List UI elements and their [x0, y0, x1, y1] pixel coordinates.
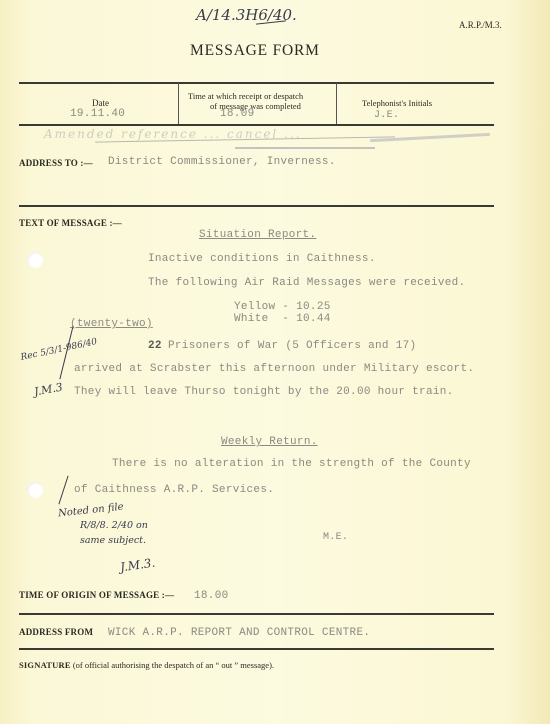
signature-label: SIGNATURE [19, 660, 71, 670]
rule-address-to [19, 205, 494, 207]
rule-top-table [19, 82, 494, 84]
pow-number: 22 [148, 340, 162, 352]
form-code: A.R.P./M.3. [459, 20, 502, 30]
pow-line-1: Prisoners of War (5 Officers and 17) [168, 340, 416, 352]
date-label: Date [92, 98, 109, 108]
table-divider-1 [178, 83, 179, 124]
text-of-message-label: TEXT OF MESSAGE :— [19, 218, 122, 228]
punch-hole-bottom [27, 482, 43, 498]
weekly-line-1: There is no alteration in the strength o… [112, 458, 471, 470]
message-line-2: The following Air Raid Messages were rec… [148, 277, 465, 289]
time-of-origin-value: 18.00 [194, 590, 229, 602]
signature-row: SIGNATURE (of official authorising the d… [19, 660, 274, 670]
message-heading-weekly: Weekly Return. [221, 436, 318, 448]
weekly-line-2: of Caithness A.R.P. Services. [74, 484, 274, 496]
time-completed-value: 18.09 [220, 108, 255, 120]
address-from-value: WICK A.R.P. REPORT AND CONTROL CENTRE. [108, 627, 370, 639]
signature-note: (of official authorising the despatch of… [73, 660, 274, 670]
strike-through-2 [235, 147, 375, 149]
message-initials: M.E. [323, 532, 348, 543]
rule-bottom-table [19, 124, 494, 126]
alert-yellow: Yellow - 10.25 [234, 301, 331, 313]
margin-correction: (twenty-two) [70, 318, 153, 330]
form-title: MESSAGE FORM [190, 42, 320, 60]
alert-white: White - 10.44 [234, 313, 331, 325]
address-to-label: ADDRESS TO :— [19, 158, 93, 168]
message-heading-situation: Situation Report. [199, 229, 316, 241]
time-of-origin-label: TIME OF ORIGIN OF MESSAGE :— [19, 590, 174, 600]
punch-hole-top [27, 252, 43, 268]
table-divider-2 [336, 83, 337, 124]
rule-time-of-origin [19, 613, 494, 615]
pow-line-3: They will leave Thurso tonight by the 20… [74, 386, 454, 398]
address-from-label: ADDRESS FROM [19, 627, 93, 637]
pow-line-2: arrived at Scrabster this afternoon unde… [74, 363, 474, 375]
telephonist-value: J.E. [374, 110, 399, 121]
noted-line-3: same subject. [80, 535, 146, 546]
message-line-1: Inactive conditions in Caithness. [148, 253, 376, 265]
address-to-value: District Commissioner, Inverness. [108, 156, 336, 168]
date-value: 19.11.40 [70, 108, 125, 120]
telephonist-label: Telephonist's Initials [362, 98, 432, 108]
noted-line-2: R/8/8. 2/40 on [80, 520, 148, 531]
rule-address-from [19, 648, 494, 650]
time-completed-label-line1: Time at which receipt or despatch [188, 91, 303, 101]
